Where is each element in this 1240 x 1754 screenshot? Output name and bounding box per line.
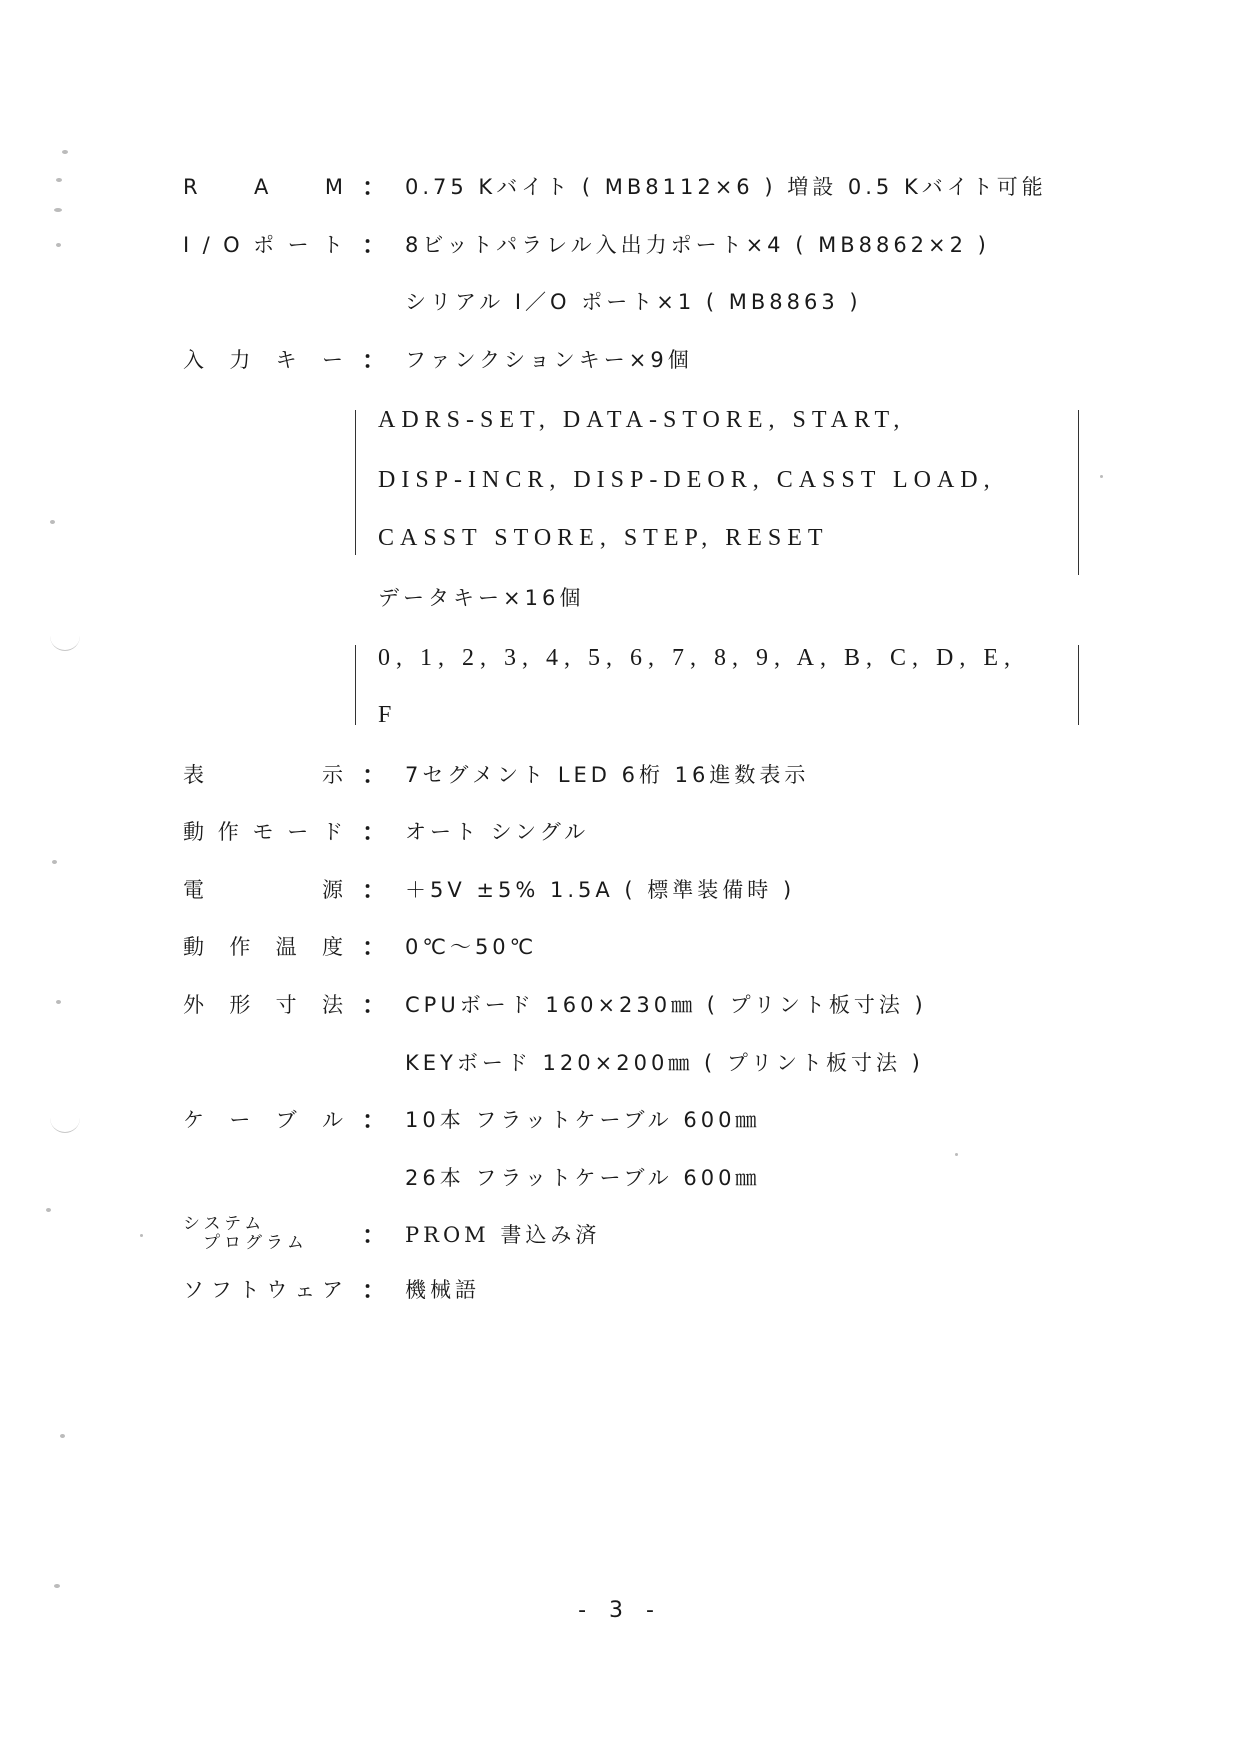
scan-speck — [60, 1434, 65, 1438]
label-char: フ — [211, 1270, 232, 1310]
label-char: 形 — [229, 985, 250, 1025]
document-page: R A M ： 0.75 Kバイト ( MB8112×6 ) 増設 0.5 Kバ… — [0, 0, 1240, 1754]
punch-hole-mark — [50, 628, 80, 651]
label-char: ケ — [183, 1100, 204, 1140]
scan-speck — [50, 520, 55, 524]
label-char: 度 — [322, 927, 343, 967]
label-char: 力 — [229, 340, 250, 380]
spec-value: 0.75 Kバイト ( MB8112×6 ) 増設 0.5 Kバイト可能 — [405, 167, 1047, 207]
right-bracket — [1070, 410, 1079, 575]
left-bracket — [355, 410, 364, 555]
data-keys-title: データキー×16個 — [378, 578, 584, 618]
spec-label: 外 形 寸 法 — [183, 985, 343, 1025]
label-char: ア — [322, 1270, 343, 1310]
right-bracket — [1070, 645, 1079, 725]
spec-label: 電 源 — [183, 870, 343, 910]
function-key-line: DISP-INCR, DISP-DEOR, CASST LOAD, — [378, 460, 996, 500]
label-char: ー — [287, 812, 308, 852]
colon: ： — [362, 167, 386, 207]
spec-label: 動 作 モ ー ド — [183, 812, 343, 852]
colon: ： — [362, 870, 386, 910]
spec-value: PROM 書込み済 — [405, 1215, 600, 1255]
label-char: キ — [276, 340, 297, 380]
label-char: 源 — [322, 870, 343, 910]
punch-hole-mark — [50, 1110, 80, 1133]
spec-label: システム プログラム — [183, 1215, 343, 1255]
label-char: 法 — [322, 985, 343, 1025]
colon: ： — [362, 225, 386, 265]
data-key-line: F — [378, 695, 397, 735]
scan-speck — [56, 178, 62, 182]
spec-value: 8ビットパラレル入出力ポート×4 ( MB8862×2 ) — [405, 225, 990, 265]
page-number: - 3 - — [560, 1598, 680, 1623]
label-char: ー — [229, 1100, 250, 1140]
colon: ： — [362, 755, 386, 795]
spec-value: 10本 フラットケーブル 600㎜ — [405, 1100, 760, 1140]
spec-label: ケ ー ブ ル — [183, 1100, 343, 1140]
label-char: 表 — [183, 755, 204, 795]
spec-value: ＋5V ±5% 1.5A ( 標準装備時 ) — [405, 870, 795, 910]
spec-value: 26本 フラットケーブル 600㎜ — [405, 1158, 760, 1198]
scan-speck — [140, 1234, 143, 1237]
scan-speck — [52, 860, 57, 864]
label-char: 入 — [183, 340, 204, 380]
colon: ： — [362, 1100, 386, 1140]
label-char: ー — [322, 340, 343, 380]
label-char: A — [254, 167, 268, 207]
label-char: O — [223, 225, 240, 265]
spec-label: 表 示 — [183, 755, 343, 795]
colon: ： — [362, 985, 386, 1025]
data-key-line: 0, 1, 2, 3, 4, 5, 6, 7, 8, 9, A, B, C, D… — [378, 638, 1016, 678]
label-char: ド — [322, 812, 343, 852]
label-char: I — [183, 225, 189, 265]
spec-value: 0℃〜50℃ — [405, 927, 537, 967]
label-line: プログラム — [183, 1234, 343, 1253]
label-char: 動 — [183, 812, 204, 852]
colon: ： — [362, 340, 386, 380]
label-char: 動 — [183, 927, 204, 967]
scan-speck — [955, 1153, 958, 1156]
colon: ： — [362, 812, 386, 852]
label-char: 電 — [183, 870, 204, 910]
scan-speck — [1100, 475, 1103, 478]
spec-value: 機械語 — [405, 1270, 480, 1310]
label-char: 作 — [229, 927, 250, 967]
label-char: モ — [253, 812, 274, 852]
label-char: ソ — [183, 1270, 204, 1310]
label-line: システム — [183, 1215, 343, 1234]
label-char: ー — [288, 225, 309, 265]
colon: ： — [362, 1215, 386, 1255]
label-char: 温 — [276, 927, 297, 967]
label-char: M — [325, 167, 343, 207]
label-char: 作 — [218, 812, 239, 852]
spec-value: オート シングル — [405, 812, 589, 852]
spec-label: 入 力 キ ー — [183, 340, 343, 380]
label-char: R — [183, 167, 198, 207]
spec-value: ファンクションキー×9個 — [405, 340, 693, 380]
scan-speck — [62, 150, 68, 154]
scan-speck — [54, 1584, 60, 1588]
scan-speck — [46, 1208, 51, 1212]
label-char: ブ — [276, 1100, 297, 1140]
colon: ： — [362, 927, 386, 967]
label-char: ト — [322, 225, 343, 265]
label-char: 示 — [322, 755, 343, 795]
colon: ： — [362, 1270, 386, 1310]
scan-speck — [54, 208, 62, 212]
label-char: 外 — [183, 985, 204, 1025]
spec-value: CPUボード 160×230㎜ ( プリント板寸法 ) — [405, 985, 927, 1025]
label-char: 寸 — [276, 985, 297, 1025]
scan-speck — [56, 1000, 61, 1004]
label-char: ポ — [253, 225, 274, 265]
label-char: ウ — [266, 1270, 287, 1310]
spec-label: ソ フ ト ウ ェ ア — [183, 1270, 343, 1310]
left-bracket — [355, 645, 364, 725]
label-char: ェ — [294, 1270, 315, 1310]
spec-label: R A M — [183, 167, 343, 207]
spec-value: 7セグメント LED 6桁 16進数表示 — [405, 755, 809, 795]
label-char: ト — [239, 1270, 260, 1310]
spec-label: 動 作 温 度 — [183, 927, 343, 967]
spec-value: KEYボード 120×200㎜ ( プリント板寸法 ) — [405, 1043, 924, 1083]
label-char: / — [203, 225, 210, 265]
spec-value: シリアル I／O ポート×1 ( MB8863 ) — [405, 282, 862, 322]
function-key-line: ADRS-SET, DATA-STORE, START, — [378, 400, 905, 440]
function-key-line: CASST STORE, STEP, RESET — [378, 518, 829, 558]
spec-label: I / O ポ ー ト — [183, 225, 343, 265]
label-char: ル — [322, 1100, 343, 1140]
scan-speck — [56, 243, 61, 247]
